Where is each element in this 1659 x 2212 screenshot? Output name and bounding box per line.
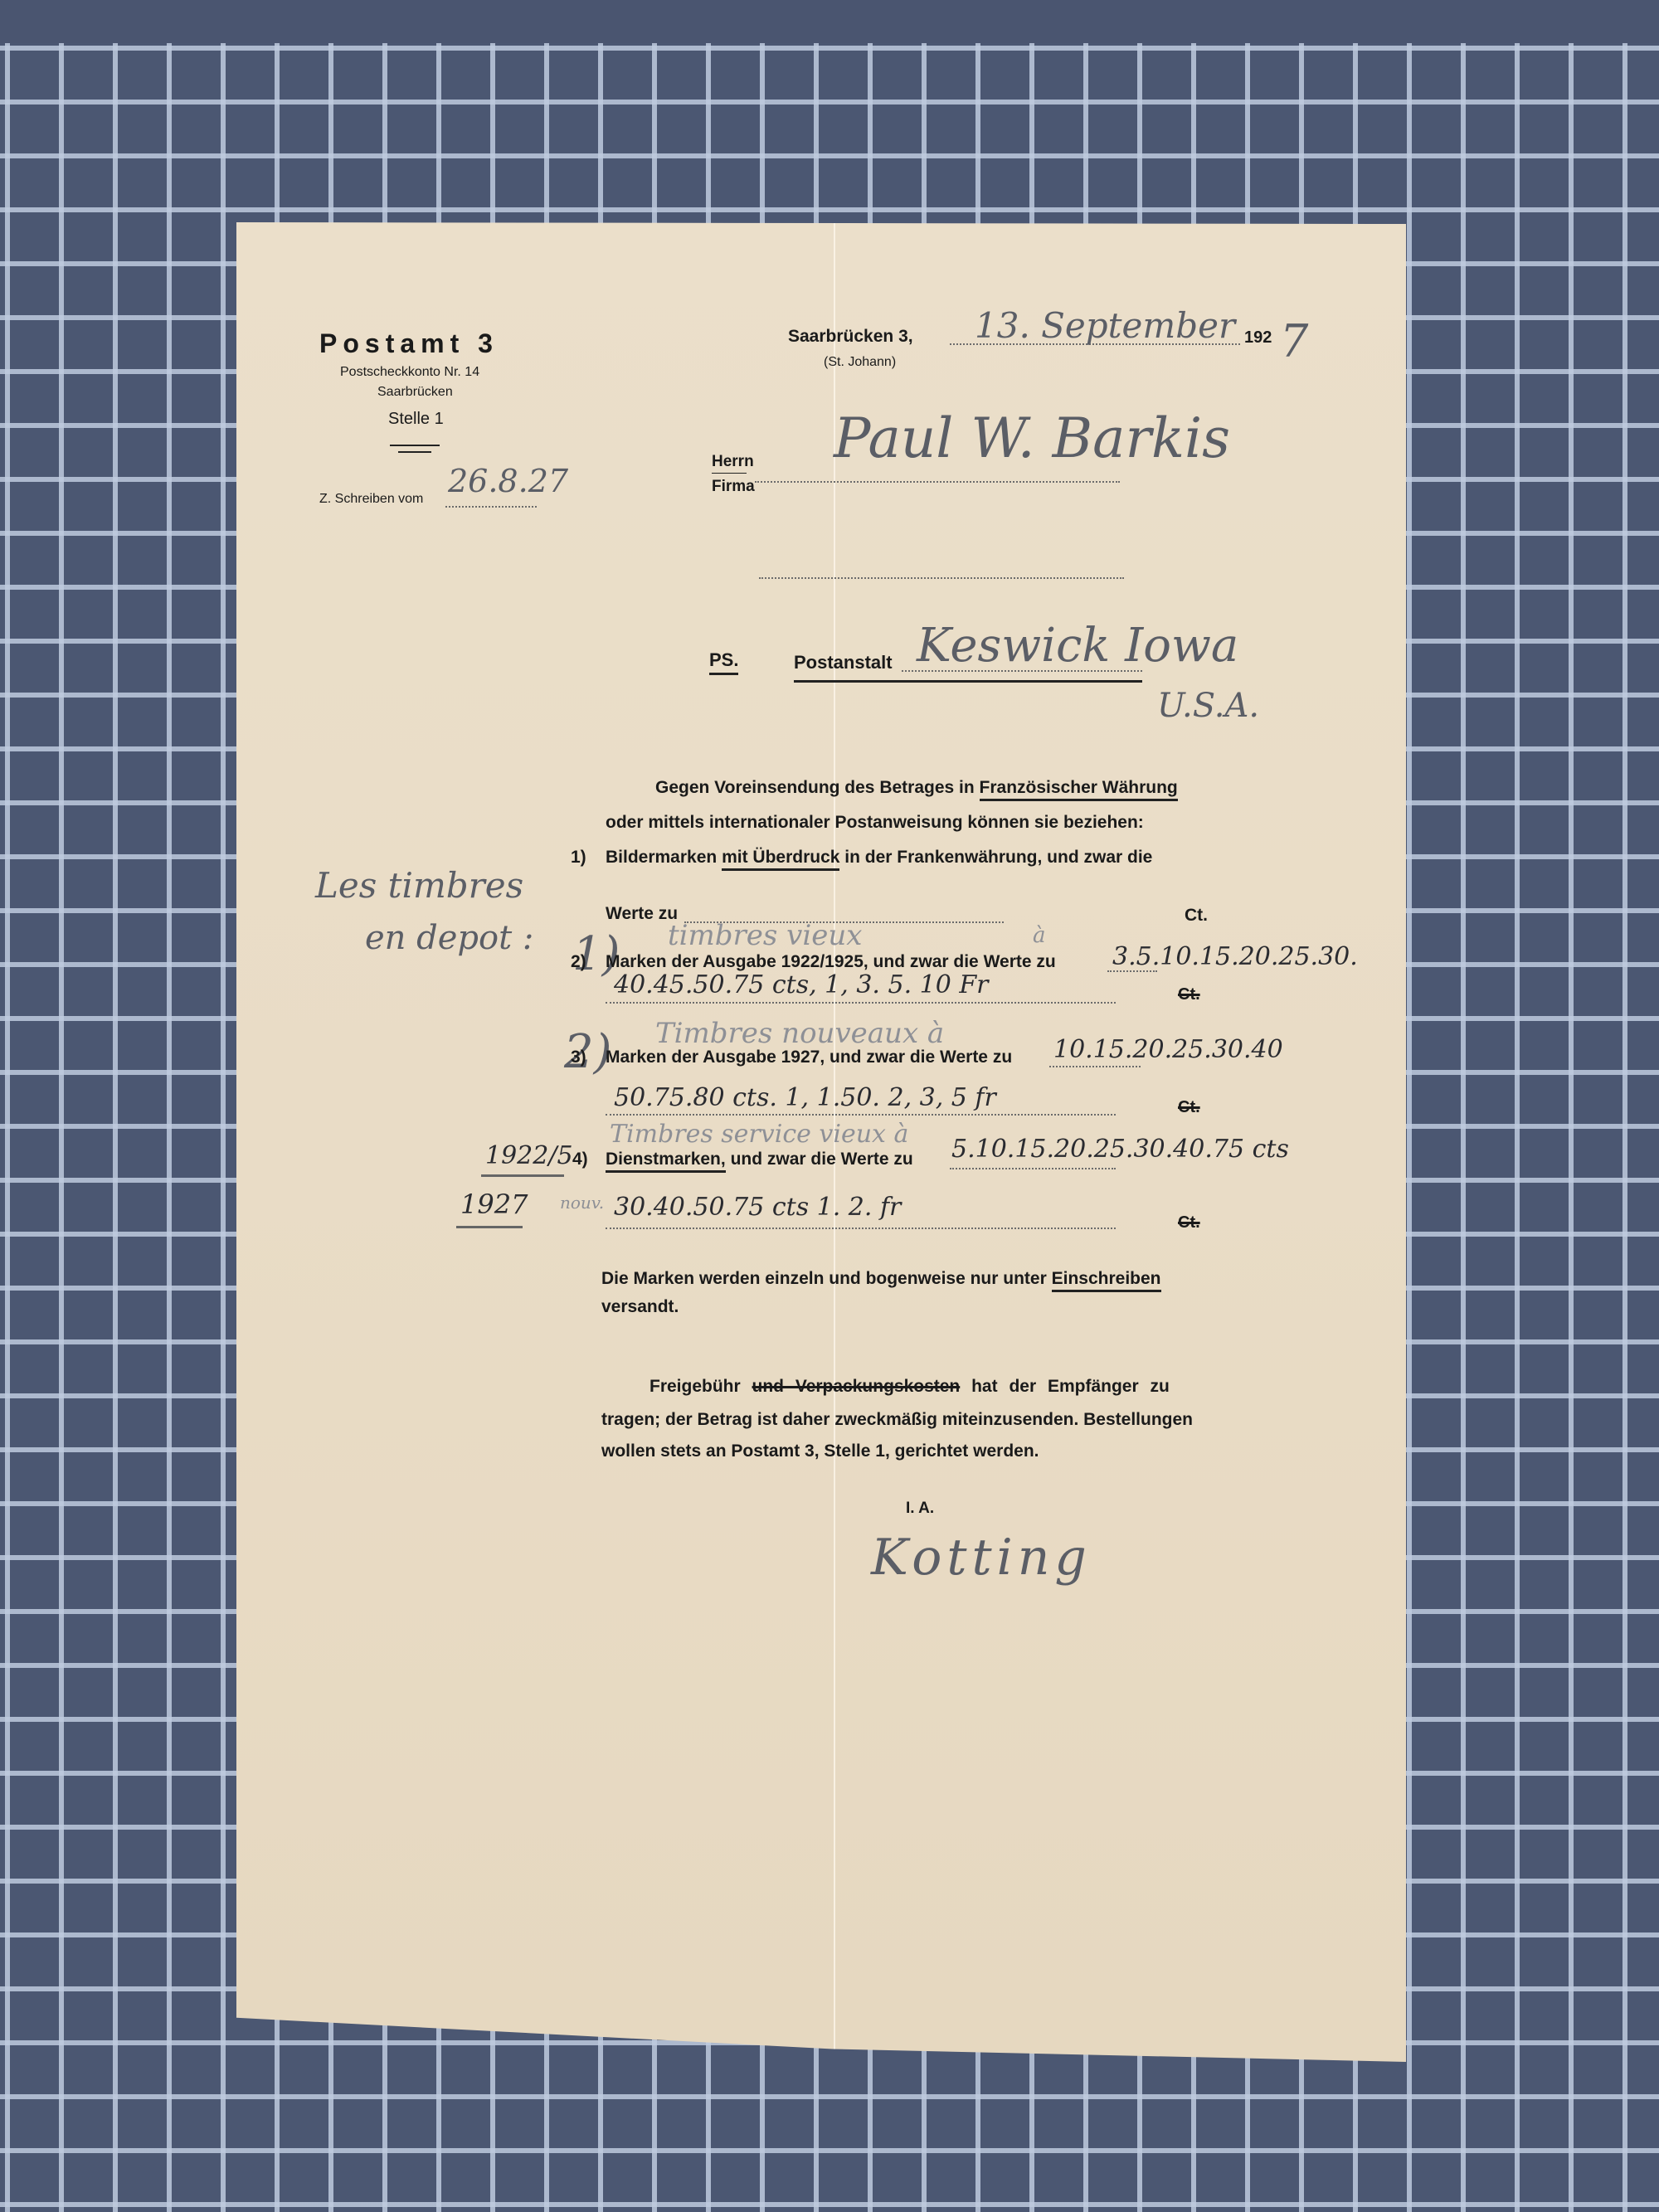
item-1-text-a: Bildermarken xyxy=(606,848,717,867)
item-2-values-line-1: 3.5.10.15.20.25.30. xyxy=(1112,942,1358,971)
shipping-text: Die Marken werden einzeln und bogenweise… xyxy=(601,1269,1047,1288)
signature-label: I. A. xyxy=(906,1500,934,1518)
item-3-text: Marken der Ausgabe 1927, und zwar die We… xyxy=(606,1048,1012,1067)
item-4-nouv-prefix: nouv. xyxy=(560,1193,604,1213)
fee-packaging-struck: und Verpackungskosten xyxy=(752,1377,961,1396)
item-4-unit-struck: Ct. xyxy=(1178,1213,1200,1232)
addressee-herrn-label: Herrn xyxy=(712,453,754,471)
dateline-year-suffix-handwritten: 7 xyxy=(1280,315,1308,367)
item-2-accent-annotation: à xyxy=(1033,923,1046,948)
item-4-line-1: Dienstmarken, und zwar die Werte zu xyxy=(606,1150,913,1169)
reference-date-handwritten: 26.8.27 xyxy=(448,463,568,499)
dateline-date-handwritten: 13. September xyxy=(975,305,1235,346)
signature-handwritten: Kotting xyxy=(871,1529,1092,1587)
fee-line-1: Freigebühr und Verpackungskosten hat der… xyxy=(649,1377,1170,1397)
item-4-annotation: Timbres service vieux à xyxy=(610,1120,908,1149)
item-2-values-line-2: 40.45.50.75 cts, 1, 3. 5. 10 Fr xyxy=(614,970,989,999)
shipping-einschreiben-underlined: Einschreiben xyxy=(1052,1269,1161,1292)
item-2-dotted-line-2 xyxy=(606,1002,1116,1004)
item-3-unit-struck: Ct. xyxy=(1178,1098,1200,1117)
item-4-dotted-line-1 xyxy=(950,1168,1116,1169)
item-3-dotted-line-2 xyxy=(606,1114,1116,1116)
item-4-values-line-2: 30.40.50.75 cts 1. 2. fr xyxy=(614,1193,901,1222)
item-2-number: 2) xyxy=(571,952,586,972)
item-1-line-1: Bildermarken mit Überdruck in der Franke… xyxy=(606,848,1152,868)
dateline-year-prefix: 192 xyxy=(1244,328,1272,348)
fee-line-3: wollen stets an Postamt 3, Stelle 1, ger… xyxy=(601,1441,1039,1461)
letter-document: Postamt 3 Postscheckkonto Nr. 14 Saarbrü… xyxy=(236,222,1406,2062)
intro-text: Gegen Voreinsendung des Betrages in xyxy=(655,778,975,797)
letterhead-rule-1 xyxy=(390,445,440,446)
item-1-text-b: in der Frankenwährung, und zwar die xyxy=(844,848,1152,867)
intro-line-1: Gegen Voreinsendung des Betrages in Fran… xyxy=(655,778,1178,798)
item-4-margin-year-1: 1922/5 xyxy=(485,1141,573,1170)
postanstalt-label: Postanstalt xyxy=(794,652,893,673)
item-4-values-line-1: 5.10.15.20.25.30.40.75 cts xyxy=(951,1135,1289,1164)
postanstalt-underline xyxy=(794,680,1142,683)
intro-line-2: oder mittels internationaler Postanweisu… xyxy=(606,813,1144,833)
letterhead-desk: Stelle 1 xyxy=(388,410,444,429)
item-4-margin-year-2: 1927 xyxy=(460,1189,528,1220)
addressee-name-handwritten: Paul W. Barkis xyxy=(834,406,1230,470)
item-3-number: 3) xyxy=(571,1048,586,1067)
margin-note-line-1: Les timbres xyxy=(315,865,523,906)
fee-line-2: tragen; der Betrag ist daher zweckmäßig … xyxy=(601,1410,1193,1430)
item-4-number: 4) xyxy=(572,1150,588,1169)
intro-currency-underlined: Französischer Währung xyxy=(980,778,1178,801)
country-handwritten: U.S.A. xyxy=(1157,687,1259,725)
item-4-dotted-line-2 xyxy=(606,1228,1116,1229)
item-3-values-line-1: 10.15.20.25.30.40 xyxy=(1053,1035,1283,1064)
ps-label: PS. xyxy=(709,649,738,675)
addressee-firma-label: Firma xyxy=(712,478,755,496)
item-4-margin-year-2-underline xyxy=(456,1226,523,1228)
item-2-unit-struck: Ct. xyxy=(1178,985,1200,1004)
background-top-band xyxy=(0,0,1659,43)
item-3-dotted-line-1 xyxy=(1049,1066,1141,1067)
item-2-annotation: timbres vieux xyxy=(668,919,862,952)
letterhead-city: Saarbrücken xyxy=(377,385,453,400)
dateline-place: Saarbrücken 3, xyxy=(788,327,913,347)
shipping-line-2: versandt. xyxy=(601,1297,679,1317)
item-4-margin-year-1-underline xyxy=(481,1174,564,1177)
item-2-text: Marken der Ausgabe 1922/1925, und zwar d… xyxy=(606,952,1056,972)
fee-text-a: Freigebühr xyxy=(649,1377,741,1396)
letterhead-account: Postscheckkonto Nr. 14 xyxy=(340,365,479,380)
herrn-firma-divider xyxy=(712,473,747,474)
postanstalt-handwritten: Keswick Iowa xyxy=(917,619,1238,673)
addressee-name-dotted-line xyxy=(755,481,1120,483)
item-3-values-line-2: 50.75.80 cts. 1, 1.50. 2, 3, 5 fr xyxy=(614,1083,996,1112)
addressee-second-dotted-line xyxy=(759,577,1124,579)
reference-label: Z. Schreiben vom xyxy=(319,492,423,507)
item-1-number: 1) xyxy=(571,848,586,868)
shipping-line-1: Die Marken werden einzeln und bogenweise… xyxy=(601,1269,1161,1289)
item-1-overprint-underlined: mit Überdruck xyxy=(722,848,839,871)
letterhead-office: Postamt 3 xyxy=(319,328,499,359)
item-4-dienstmarken-underlined: Dienstmarken, xyxy=(606,1150,726,1173)
letterhead-rule-2 xyxy=(398,451,431,453)
fee-text-b: hat der Empfänger zu xyxy=(971,1377,1170,1396)
item-4-text: und zwar die Werte zu xyxy=(731,1150,913,1169)
item-1-unit: Ct. xyxy=(1185,906,1208,926)
item-3-annotation: Timbres nouveaux à xyxy=(655,1017,944,1050)
margin-note-line-2: en depot : xyxy=(365,919,533,957)
dateline-district: (St. Johann) xyxy=(824,355,896,370)
reference-dotted-line xyxy=(445,506,537,508)
